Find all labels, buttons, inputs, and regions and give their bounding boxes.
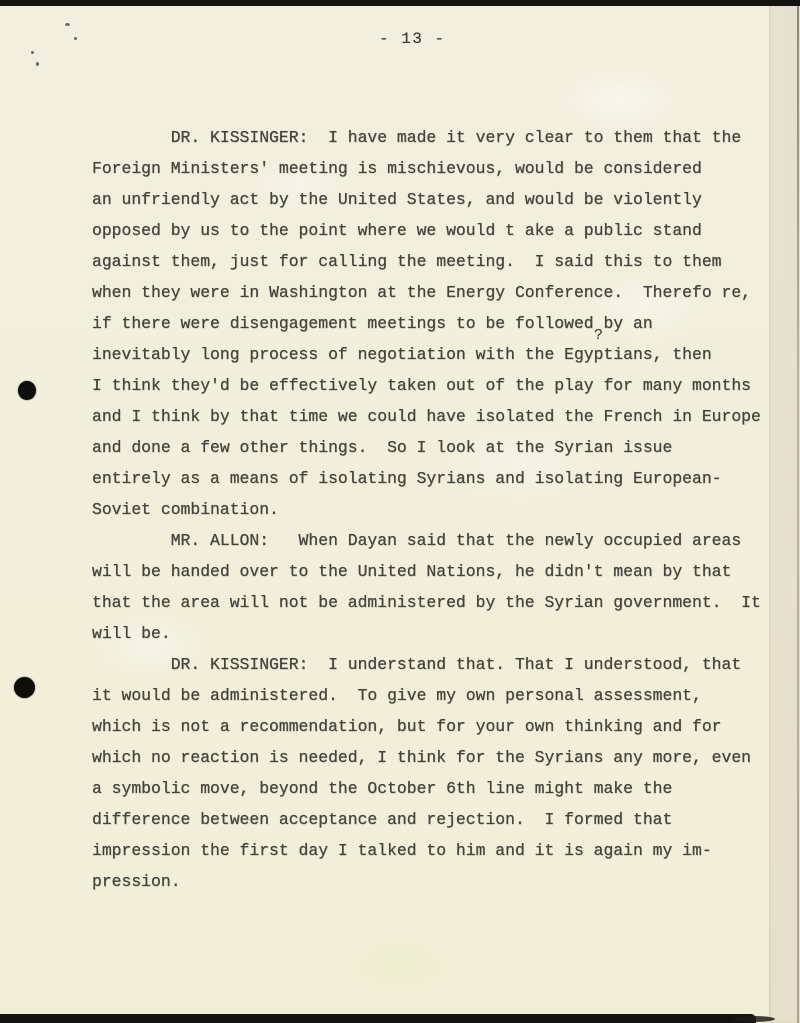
ink-speck [74, 37, 77, 40]
transcript-line: against them, just for calling the meeti… [92, 246, 782, 277]
transcript-line: entirely as a means of isolating Syrians… [92, 463, 782, 494]
document-page: - 13 - DR. KISSINGER: I have made it ver… [0, 0, 800, 1023]
transcript-text: DR. KISSINGER: I have made it very clear… [92, 122, 782, 897]
page-right-edge-line [797, 0, 799, 1023]
transcript-line: which is not a recommendation, but for y… [92, 711, 782, 742]
transcript-line: will be. [92, 618, 782, 649]
transcript-line: a symbolic move, beyond the October 6th … [92, 773, 782, 804]
transcript-line: impression the first day I talked to him… [92, 835, 782, 866]
typed-question-mark-annotation: ? [594, 327, 603, 344]
scan-artifact-top-bar [0, 0, 800, 6]
transcript-line: opposed by us to the point where we woul… [92, 215, 782, 246]
transcript-line: an unfriendly act by the United States, … [92, 184, 782, 215]
transcript-line: and done a few other things. So I look a… [92, 432, 782, 463]
scan-artifact-bottom-smudge [733, 1016, 775, 1022]
transcript-line: Foreign Ministers' meeting is mischievou… [92, 153, 782, 184]
transcript-line: Soviet combination. [92, 494, 782, 525]
page-number: - 13 - [379, 30, 446, 48]
transcript-line: difference between acceptance and reject… [92, 804, 782, 835]
hole-punch-dot [18, 381, 36, 400]
transcript-line: I think they'd be effectively taken out … [92, 370, 782, 401]
scan-artifact-bottom-bar [0, 1014, 756, 1023]
transcript-line: inevitably long process of negotiation w… [92, 339, 782, 370]
transcript-line: and I think by that time we could have i… [92, 401, 782, 432]
transcript-line: which no reaction is needed, I think for… [92, 742, 782, 773]
transcript-line: DR. KISSINGER: I understand that. That I… [92, 649, 782, 680]
ink-speck [65, 23, 70, 26]
transcript-line: it would be administered. To give my own… [92, 680, 782, 711]
ink-speck [31, 51, 34, 54]
ink-speck [36, 62, 39, 66]
transcript-line: will be handed over to the United Nation… [92, 556, 782, 587]
transcript-line: that the area will not be administered b… [92, 587, 782, 618]
transcript-line: pression. [92, 866, 782, 897]
transcript-line: when they were in Washington at the Ener… [92, 277, 782, 308]
transcript-line: MR. ALLON: When Dayan said that the newl… [92, 525, 782, 556]
hole-punch-dot [14, 677, 35, 698]
transcript-line: DR. KISSINGER: I have made it very clear… [92, 122, 782, 153]
transcript-line: if there were disengagement meetings to … [92, 308, 782, 339]
